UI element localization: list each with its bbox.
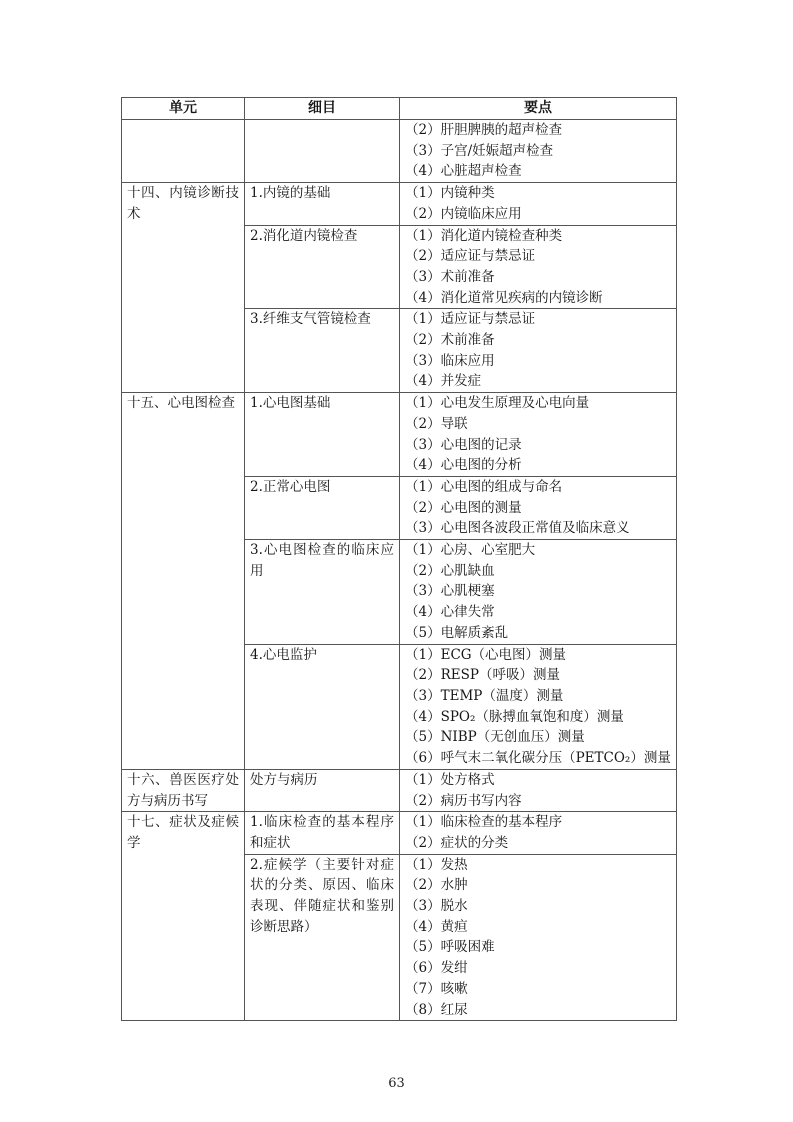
point-line: （7）咳嗽 <box>405 979 671 1000</box>
points-cell: （2）肝胆脾胰的超声检查（3）子宫/妊娠超声检查（4）心脏超声检查 <box>400 120 677 183</box>
points-cell: （1）消化道内镜检查种类（2）适应证与禁忌证（3）术前准备（4）消化道常见疾病的… <box>400 225 677 309</box>
header-row: 单元 细目 要点 <box>122 98 677 120</box>
point-line: （4）并发症 <box>405 371 671 392</box>
table-row: 十四、内镜诊断技术 1.内镜的基础 （1）内镜种类（2）内镜临床应用 <box>122 183 677 225</box>
table-row: 十五、心电图检查 1.心电图基础 （1）心电发生原理及心电向量（2）导联（3）心… <box>122 393 677 477</box>
point-line: （4）心律失常 <box>405 602 671 623</box>
header-detail: 细目 <box>245 98 400 120</box>
detail-cell <box>245 120 400 183</box>
point-line: （3）心电图的记录 <box>405 435 671 456</box>
point-line: （3）心肌梗塞 <box>405 581 671 602</box>
point-line: （2）内镜临床应用 <box>405 204 671 225</box>
unit-cell: 十七、症状及症候学 <box>122 812 245 1021</box>
point-line: （1）心房、心室肥大 <box>405 540 671 561</box>
point-line: （5）电解质紊乱 <box>405 623 671 644</box>
point-line: （1）心电发生原理及心电向量 <box>405 393 671 414</box>
detail-cell: 2.正常心电图 <box>245 476 400 539</box>
point-line: （2）术前准备 <box>405 330 671 351</box>
point-line: （3）临床应用 <box>405 351 671 372</box>
detail-cell: 3.纤维支气管镜检查 <box>245 309 400 393</box>
point-line: （2）导联 <box>405 414 671 435</box>
point-line: （2）适应证与禁忌证 <box>405 246 671 267</box>
point-line: （4）黄疸 <box>405 917 671 938</box>
point-line: （5）NIBP（无创血压）测量 <box>405 727 671 748</box>
syllabus-table: 单元 细目 要点 （2）肝胆脾胰的超声检查（3）子宫/妊娠超声检查（4）心脏超声… <box>121 97 677 1021</box>
point-line: （3）子宫/妊娠超声检查 <box>405 141 671 162</box>
point-line: （8）红尿 <box>405 1000 671 1021</box>
point-line: （2）水肿 <box>405 875 671 896</box>
points-cell: （1）发热（2）水肿（3）脱水（4）黄疸（5）呼吸困难（6）发绀（7）咳嗽（8）… <box>400 854 677 1021</box>
point-line: （1）心电图的组成与命名 <box>405 477 671 498</box>
point-line: （6）发绀 <box>405 958 671 979</box>
point-line: （1）内镜种类 <box>405 183 671 204</box>
point-line: （1）ECG（心电图）测量 <box>405 645 671 666</box>
point-line: （3）心电图各波段正常值及临床意义 <box>405 518 671 539</box>
point-line: （2）症状的分类 <box>405 833 671 854</box>
point-line: （1）适应证与禁忌证 <box>405 309 671 330</box>
header-points: 要点 <box>400 98 677 120</box>
point-line: （4）SPO₂（脉搏血氧饱和度）测量 <box>405 707 671 728</box>
detail-cell: 3.心电图检查的临床应用 <box>245 540 400 645</box>
point-line: （4）心脏超声检查 <box>405 161 671 182</box>
header-unit: 单元 <box>122 98 245 120</box>
point-line: （6）呼气末二氧化碳分压（PETCO₂）测量 <box>405 748 671 769</box>
detail-cell: 2.症候学（主要针对症状的分类、原因、临床表现、伴随症状和鉴别诊断思路） <box>245 854 400 1021</box>
table-row: 十六、兽医医疗处方与病历书写 处方与病历 （1）处方格式（2）病历书写内容 <box>122 769 677 811</box>
point-line: （4）消化道常见疾病的内镜诊断 <box>405 288 671 309</box>
point-line: （1）处方格式 <box>405 770 671 791</box>
document-page: 单元 细目 要点 （2）肝胆脾胰的超声检查（3）子宫/妊娠超声检查（4）心脏超声… <box>0 0 793 1122</box>
detail-cell: 2.消化道内镜检查 <box>245 225 400 309</box>
detail-cell: 1.心电图基础 <box>245 393 400 477</box>
point-line: （1）发热 <box>405 855 671 876</box>
unit-cell: 十六、兽医医疗处方与病历书写 <box>122 769 245 811</box>
points-cell: （1）ECG（心电图）测量（2）RESP（呼吸）测量（3）TEMP（温度）测量（… <box>400 644 677 769</box>
point-line: （4）心电图的分析 <box>405 455 671 476</box>
point-line: （1）消化道内镜检查种类 <box>405 226 671 247</box>
points-cell: （1）适应证与禁忌证（2）术前准备（3）临床应用（4）并发症 <box>400 309 677 393</box>
points-cell: （1）处方格式（2）病历书写内容 <box>400 769 677 811</box>
unit-cell: 十五、心电图检查 <box>122 393 245 770</box>
detail-cell: 1.临床检查的基本程序和症状 <box>245 812 400 854</box>
table-row: 十七、症状及症候学 1.临床检查的基本程序和症状 （1）临床检查的基本程序（2）… <box>122 812 677 854</box>
point-line: （2）肝胆脾胰的超声检查 <box>405 120 671 141</box>
point-line: （2）RESP（呼吸）测量 <box>405 665 671 686</box>
detail-cell: 处方与病历 <box>245 769 400 811</box>
unit-cell: 十四、内镜诊断技术 <box>122 183 245 393</box>
table-row: （2）肝胆脾胰的超声检查（3）子宫/妊娠超声检查（4）心脏超声检查 <box>122 120 677 183</box>
unit-cell <box>122 120 245 183</box>
point-line: （1）临床检查的基本程序 <box>405 812 671 833</box>
point-line: （2）心电图的测量 <box>405 498 671 519</box>
points-cell: （1）心房、心室肥大（2）心肌缺血（3）心肌梗塞（4）心律失常（5）电解质紊乱 <box>400 540 677 645</box>
point-line: （3）术前准备 <box>405 267 671 288</box>
point-line: （2）病历书写内容 <box>405 791 671 812</box>
point-line: （5）呼吸困难 <box>405 937 671 958</box>
point-line: （2）心肌缺血 <box>405 561 671 582</box>
points-cell: （1）心电发生原理及心电向量（2）导联（3）心电图的记录（4）心电图的分析 <box>400 393 677 477</box>
detail-cell: 4.心电监护 <box>245 644 400 769</box>
points-cell: （1）临床检查的基本程序（2）症状的分类 <box>400 812 677 854</box>
point-line: （3）脱水 <box>405 896 671 917</box>
point-line: （3）TEMP（温度）测量 <box>405 686 671 707</box>
points-cell: （1）内镜种类（2）内镜临床应用 <box>400 183 677 225</box>
points-cell: （1）心电图的组成与命名（2）心电图的测量（3）心电图各波段正常值及临床意义 <box>400 476 677 539</box>
detail-cell: 1.内镜的基础 <box>245 183 400 225</box>
page-number: 63 <box>0 1076 793 1091</box>
